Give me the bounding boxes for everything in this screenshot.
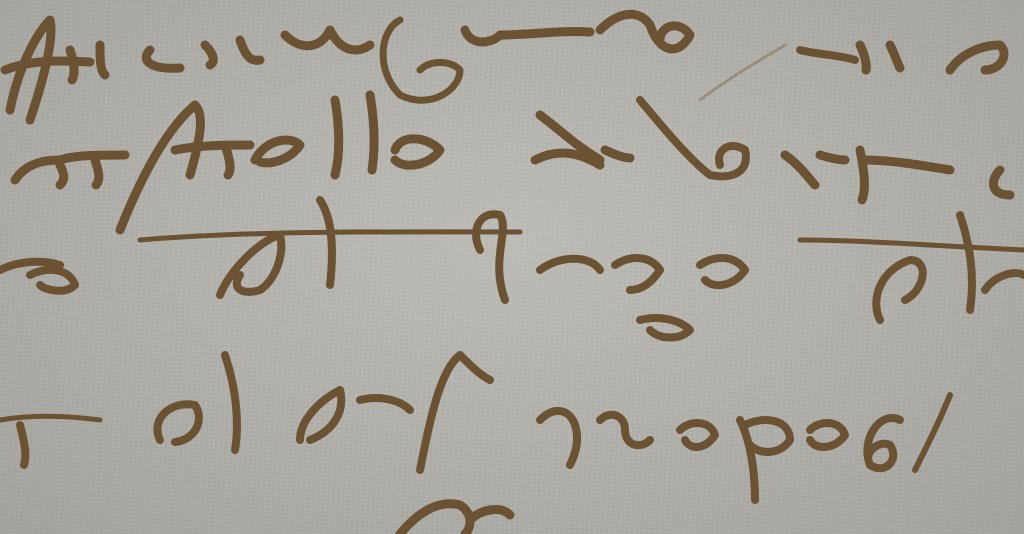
line-5-partial — [400, 504, 510, 534]
handwriting-strokes — [0, 0, 1024, 534]
line-3 — [0, 200, 1024, 338]
stray-stroke — [700, 45, 785, 100]
line-1 — [5, 14, 1004, 120]
manuscript-photo: Aucuanto Cadarb en n cu fiello de burc n… — [0, 0, 1024, 534]
line-4 — [0, 355, 950, 500]
line-2 — [15, 95, 1010, 230]
